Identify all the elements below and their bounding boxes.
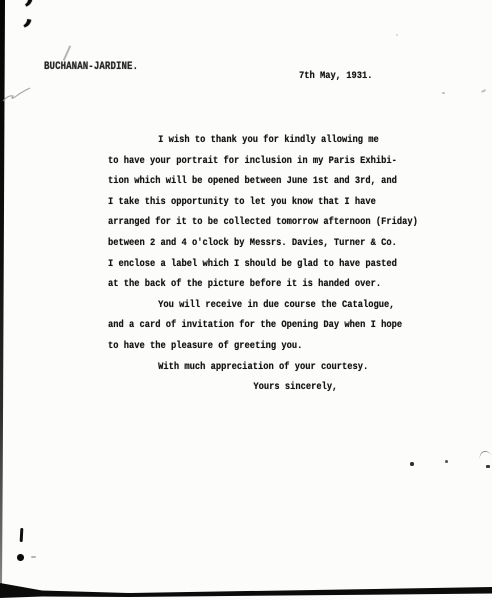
ink-dot-mark	[17, 554, 24, 561]
body-line: arranged for it to be collected tomorrow…	[108, 212, 465, 233]
scan-speck	[442, 92, 445, 94]
scan-speck	[396, 34, 398, 36]
letter-date: 7th May, 1931.	[299, 70, 373, 82]
scan-speck	[410, 462, 414, 466]
scanned-letter-page: ’ ’ BUCHANAN-JARDINE. 7th May, 1931. I w…	[0, 0, 492, 600]
scan-bottom-edge	[0, 576, 492, 600]
body-line: to have the pleasure of greeting you.	[108, 336, 465, 357]
body-line: I enclose a label which I should be glad…	[108, 254, 465, 275]
scan-speck	[445, 460, 448, 463]
stray-tick-mark	[20, 528, 23, 542]
body-line: With much appreciation of your courtesy.	[108, 357, 465, 378]
body-line: I wish to thank you for kindly allowing …	[108, 130, 465, 151]
scan-speck	[481, 89, 486, 93]
ink-blot-mark: ’	[18, 16, 34, 47]
letter-body: I wish to thank you for kindly allowing …	[108, 130, 465, 398]
body-line: at the back of the picture before it is …	[108, 274, 465, 295]
body-line: I take this opportunity to let you know …	[108, 192, 465, 213]
sender-name-stamp: BUCHANAN-JARDINE.	[44, 61, 138, 73]
body-line: You will receive in due course the Catal…	[108, 295, 465, 316]
closing-line: Yours sincerely,	[108, 377, 465, 398]
body-line: and a card of invitation for the Opening…	[108, 315, 465, 336]
body-line: to have your portrait for inclusion in m…	[108, 151, 465, 172]
scan-speck	[486, 465, 490, 468]
stray-curve-mark	[478, 449, 492, 461]
body-line: tion which will be opened between June 1…	[108, 171, 465, 192]
stray-slash-mark	[63, 45, 71, 60]
scan-speck	[31, 556, 36, 558]
pencil-smudge-mark	[2, 86, 34, 106]
body-line: between 2 and 4 o'clock by Messrs. Davie…	[108, 233, 465, 254]
